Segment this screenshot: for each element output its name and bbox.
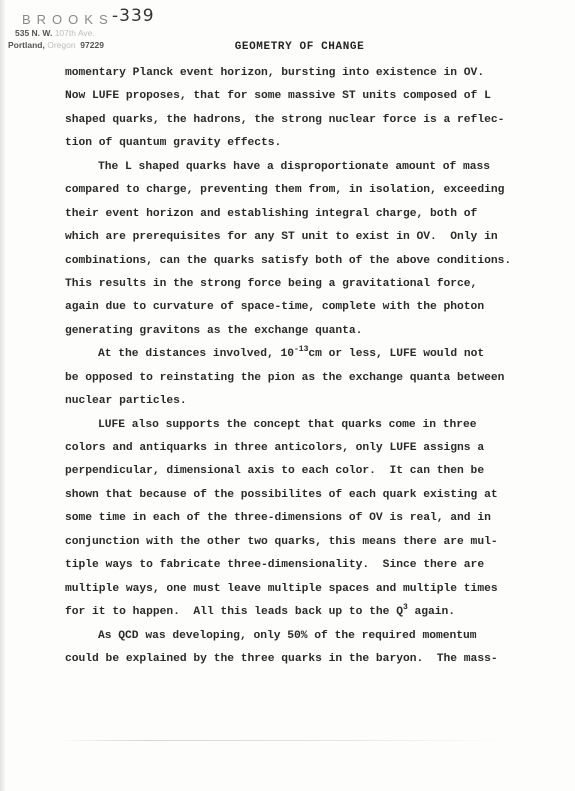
stamp-address-line-1: 535 N. W. 107th Ave.	[15, 28, 95, 38]
text-line: tion of quantum gravity effects.	[65, 132, 545, 155]
handwritten-number: -339	[112, 6, 155, 26]
text-line: LUFE also supports the concept that quar…	[65, 414, 545, 437]
text-line: colors and antiquarks in three anticolor…	[65, 437, 545, 460]
text-line: some time in each of the three-dimension…	[65, 507, 545, 530]
stamp-street: 535 N. W.	[15, 28, 55, 38]
text-line: tiple ways to fabricate three-dimensiona…	[65, 554, 545, 577]
text-line: for it to happen. All this leads back up…	[65, 601, 545, 624]
text-line: combinations, can the quarks satisfy bot…	[65, 250, 545, 273]
text-line: be opposed to reinstating the pion as th…	[65, 367, 545, 390]
text-line: momentary Planck event horizon, bursting…	[65, 62, 545, 85]
text-segment: cm or less, LUFE would not	[308, 348, 484, 360]
text-line: shown that because of the possibilites o…	[65, 484, 545, 507]
text-line: perpendicular, dimensional axis to each …	[65, 460, 545, 483]
page-bottom-shadow-line	[55, 740, 510, 741]
text-line: multiple ways, one must leave multiple s…	[65, 578, 545, 601]
stamp-name: BROOKS	[22, 12, 114, 27]
text-line: nuclear particles.	[65, 390, 545, 413]
stamp-street-faded: 107th Ave.	[55, 28, 95, 38]
page-edge-shadow	[0, 0, 6, 791]
document-body: momentary Planck event horizon, bursting…	[65, 62, 545, 671]
text-line: At the distances involved, 10-13cm or le…	[65, 343, 545, 366]
text-line: generating gravitons as the exchange qua…	[65, 320, 545, 343]
superscript: -13	[294, 345, 308, 354]
text-line: could be explained by the three quarks i…	[65, 648, 545, 671]
text-line: shaped quarks, the hadrons, the strong n…	[65, 109, 545, 132]
text-line: compared to charge, preventing them from…	[65, 179, 545, 202]
text-line: conjunction with the other two quarks, t…	[65, 531, 545, 554]
text-line: again due to curvature of space-time, co…	[65, 296, 545, 319]
text-line: The L shaped quarks have a disproportion…	[65, 156, 545, 179]
document-title: GEOMETRY OF CHANGE	[12, 41, 575, 53]
text-segment: again.	[408, 606, 455, 618]
text-line: their event horizon and establishing int…	[65, 203, 545, 226]
text-segment: for it to happen. All this leads back up…	[65, 606, 403, 618]
text-line: This results in the strong force being a…	[65, 273, 545, 296]
text-line: which are prerequisites for any ST unit …	[65, 226, 545, 249]
text-line: As QCD was developing, only 50% of the r…	[65, 625, 545, 648]
text-line: Now LUFE proposes, that for some massive…	[65, 85, 545, 108]
text-segment: At the distances involved, 10	[98, 348, 294, 360]
